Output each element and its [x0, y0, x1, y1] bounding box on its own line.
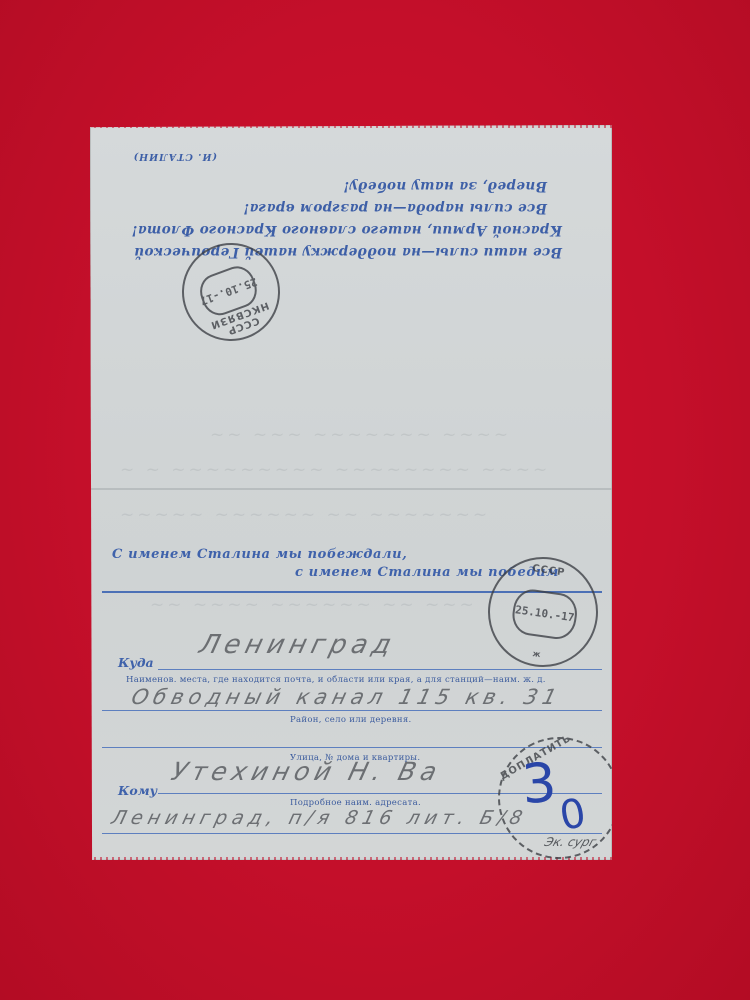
postmark-bottom-text: ж: [484, 642, 590, 666]
postage-due-number: 3: [520, 756, 558, 812]
handwritten-address-line: Ленинград, п/я 816 лит. Б/8: [109, 807, 529, 829]
show-through-text: ~~ ~~~~ ~~~~~~ ~~ ~~~: [150, 595, 477, 615]
postmark-date: 25.10.-17: [510, 587, 579, 642]
to-where-caption: Наименов. места, где находится почта, и …: [126, 675, 546, 685]
quote-line-2: Красной Армии, нашего славного Красного …: [131, 222, 562, 238]
district-caption: Район, село или деревня.: [290, 715, 412, 725]
handwritten-recipient: Утехиной Н. Ва: [168, 757, 444, 786]
signature-scribble: Эк. сург.: [543, 835, 602, 849]
to-where-label: Куда: [118, 655, 154, 670]
quote-signature: (И. СТАЛИН): [133, 151, 217, 162]
district-rule: [102, 710, 602, 711]
perforated-bottom-edge: [90, 857, 612, 861]
letter-card: Все наши силы—на поддержку нашей Героиче…: [90, 125, 612, 860]
handwritten-city: Ленинград: [196, 630, 399, 660]
slogan-line-1: С именем Сталина мы побеждали,: [112, 547, 407, 562]
postmark-ring-text: СССР: [495, 558, 601, 584]
upside-down-quote: Все наши силы—на поддержку нашей Героиче…: [90, 125, 612, 355]
show-through-text: ~~ ~~~ ~~~~~~~ ~~~~: [210, 425, 511, 445]
postmark-middle: СССР 25.10.-17 ж: [481, 550, 605, 674]
handwritten-street: Обводный канал 115 кв. 31: [129, 685, 564, 709]
show-through-text: ~~~~~ ~~~~~~ ~~ ~~~~~~~: [120, 505, 490, 525]
quote-line-4: Вперед, за нашу победу!: [343, 178, 547, 194]
quote-line-3: Все силы народа—на разгром врага!: [243, 200, 547, 216]
fold-line: [90, 488, 612, 490]
show-through-text: ~ ~ ~~~~~~~~~ ~~~~~~~~ ~~~~: [120, 460, 550, 480]
to-whom-label: Кому: [118, 783, 157, 798]
to-where-rule: [158, 669, 602, 670]
